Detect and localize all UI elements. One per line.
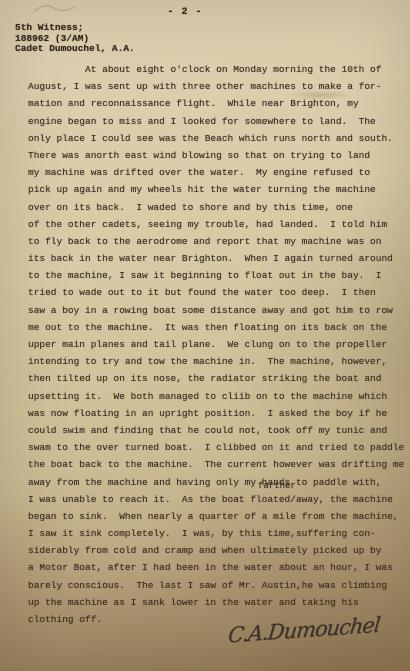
typed-line: began to sink. When nearly a quarter of … [28, 508, 404, 525]
typed-line: mation and reconnaissance flight. While … [28, 95, 404, 112]
typed-line: only place I could see was the Beach whi… [28, 130, 404, 147]
typed-line: pick up again and my wheels hit the wate… [28, 181, 404, 198]
typed-line: intending to try and tow the machine in.… [28, 353, 404, 370]
typed-line: tried to wade out to it but found the wa… [28, 284, 404, 301]
typed-line: engine began to miss and I looked for so… [28, 113, 404, 130]
typed-line: a Motor Boat, after I had been in the wa… [28, 559, 404, 576]
witness-number-line: 5th Witness; [15, 23, 135, 34]
typed-line: August, I was sent up with three other m… [28, 78, 404, 95]
page-number: - 2 - [0, 7, 370, 18]
typed-line: its back in the water near Brighton. Whe… [28, 250, 404, 267]
typed-line: away from the machine and having only my… [28, 474, 404, 491]
witness-header: 5th Witness; 188962 (3/AM) Cadet Dumouch… [15, 23, 135, 55]
typed-line: over on its back. I waded to shore and b… [28, 199, 404, 216]
typed-insertion-farther: farther [258, 481, 296, 491]
typed-line: There was anorth east wind blowing so th… [28, 147, 404, 164]
typed-line: upsetting it. We both managed to cliib o… [28, 388, 404, 405]
witness-name-line: Cadet Dumouchel, A.A. [15, 44, 135, 55]
typed-line: of the other cadets, seeing my trouble, … [28, 216, 404, 233]
typed-line: me out to the machine. It was then float… [28, 319, 404, 336]
typed-line: could swim and finding that he could not… [28, 422, 404, 439]
typed-line: upper main planes and tail plane. We clu… [28, 336, 404, 353]
typed-line: my machine was drifted over the water. M… [28, 164, 404, 181]
typed-line: the boat back to the machine. The curren… [28, 456, 404, 473]
typed-line: I was unable to reach it. As the boat fl… [28, 491, 404, 508]
typed-line: to the machine, I saw it beginning to fl… [28, 267, 404, 284]
body-lines: At about eight o'clock on Monday morning… [28, 61, 404, 628]
typed-line: siderably from cold and cramp and when u… [28, 542, 404, 559]
typed-line: was now floating in an upright position.… [28, 405, 404, 422]
typed-line: barely conscious. The last I saw of Mr. … [28, 577, 404, 594]
typed-line: up the machine as I sank lower in the wa… [28, 594, 404, 611]
document-scan: - 2 - 5th Witness; 188962 (3/AM) Cadet D… [0, 0, 410, 671]
typed-line: At about eight o'clock on Monday morning… [28, 61, 404, 78]
typed-line: I saw it sink completely. I was, by this… [28, 525, 404, 542]
typed-line: saw a boy in a rowing boat some distance… [28, 302, 404, 319]
typed-line: swam to the over turned boat. I clibbed … [28, 439, 404, 456]
typed-line: then tilted up on its nose, the radiator… [28, 370, 404, 387]
typed-line: to fly back to the aerodrome and report … [28, 233, 404, 250]
